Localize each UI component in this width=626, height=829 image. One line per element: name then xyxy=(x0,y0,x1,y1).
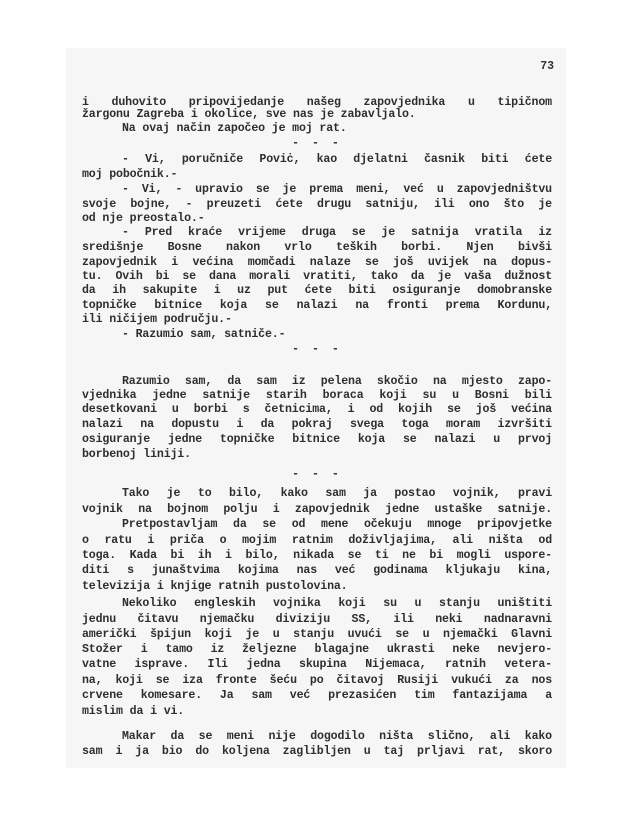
text-line: ili ničijem području.- xyxy=(82,313,552,327)
text-line: Tako je to bilo, kako sam ja postao vojn… xyxy=(82,487,552,501)
text-line: moj pobočnik.- xyxy=(82,168,552,182)
text-line: televizija i knjige ratnih pustolovina. xyxy=(82,580,552,594)
text-line: svoje bojne, - preuzeti ćete drugu satni… xyxy=(82,198,552,212)
text-line: Na ovaj način započeo je moj rat. xyxy=(82,122,552,136)
text-line: od nje preostalo.- xyxy=(82,212,552,226)
text-line: na, koji se iza fronte šeću po čitavoj R… xyxy=(82,674,552,688)
text-line: topničke bitnice koja se nalazi na front… xyxy=(82,299,552,313)
page-number: 73 xyxy=(534,60,554,73)
text-line: vojnik na bojnom polju i zapovjednik jed… xyxy=(82,503,552,517)
text-line: tu. Ovih bi se dana morali vratiti, tako… xyxy=(82,270,552,284)
section-separator: - - - xyxy=(82,137,552,151)
text-line: mislim da i vi. xyxy=(82,705,552,719)
section-separator: - - - xyxy=(82,343,552,357)
text-line: desetkovani u borbi s četnicima, i od ko… xyxy=(82,403,552,417)
text-line: diti s junaštvima kojima nas već godinam… xyxy=(82,564,552,578)
text-line: borbenoj liniji. xyxy=(82,448,552,462)
text-line: da ih sakupite i uz put ćete biti osigur… xyxy=(82,284,552,298)
text-line: Stožer i tamo iz željezne blagajne ukras… xyxy=(82,643,552,657)
text-line: - Vi, - upravio se je prema meni, već u … xyxy=(82,183,552,197)
text-line: Nekoliko engleskih vojnika koji su u sta… xyxy=(82,597,552,611)
text-line: - Pred kraće vrijeme druga se je satnija… xyxy=(82,226,552,240)
text-line: crvene komesare. Ja sam već prezasićen t… xyxy=(82,689,552,703)
text-line: vjednika jedne satnije starih boraca koj… xyxy=(82,389,552,403)
text-line: Razumio sam, da sam iz pelena skočio na … xyxy=(82,375,552,389)
text-line: osiguranje jedne topničke bitnice koja s… xyxy=(82,433,552,447)
section-separator: - - - xyxy=(82,468,552,482)
text-line: vatne isprave. Ili jedna skupina Nijemac… xyxy=(82,658,552,672)
text-line: sam i ja bio do koljena zagliblјen u taj… xyxy=(82,745,552,759)
text-line: američki špijun koji je u stanju uvući s… xyxy=(82,628,552,642)
text-line: - Vi, poručniče Poviċ, kao djelatni časn… xyxy=(82,153,552,167)
text-line: Makar da se meni nije dogodilo ništa sli… xyxy=(82,730,552,744)
text-line: središnje Bosne nakon vrlo teških borbi.… xyxy=(82,241,552,255)
text-line: - Razumio sam, satniče.- xyxy=(82,328,552,342)
text-line: jednu čitavu njemačku diviziju SS, ili n… xyxy=(82,613,552,627)
text-line: o ratu i priča o mojim ratnim doživljaji… xyxy=(82,534,552,548)
text-line: nalazi na dopustu i da pokraj svega toga… xyxy=(82,418,552,432)
text-line: Pretpostavljam da se od mene očekuju mno… xyxy=(82,518,552,532)
text-line: žargonu Zagreba i okolice, sve nas je za… xyxy=(82,108,552,122)
text-line: toga. Kada bi ih i bilo, nikada se ti ne… xyxy=(82,549,552,563)
text-line: zapovjednik i većina momčadi nalaze se j… xyxy=(82,256,552,270)
